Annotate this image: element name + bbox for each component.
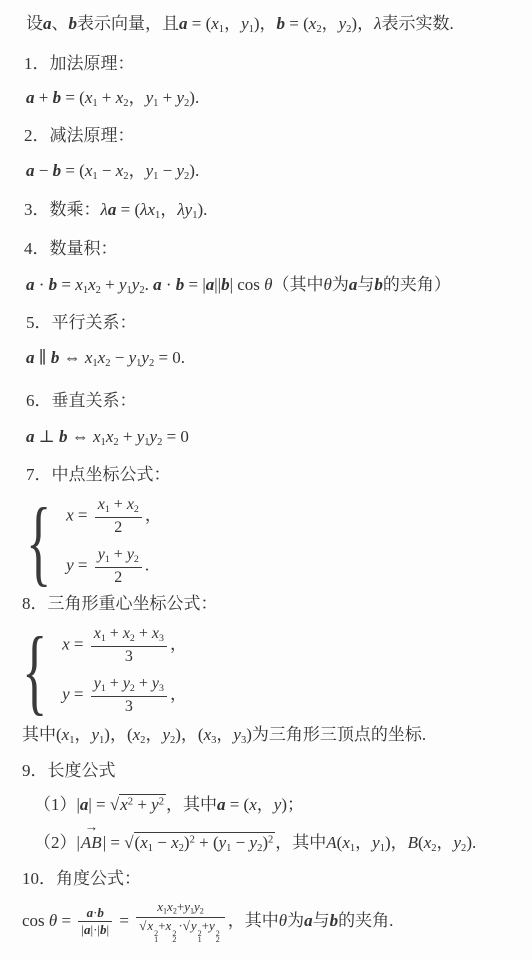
section-10-formula: cos θ = a·b|a|·|b| = x1x2+y1y2√x21+x22·√…	[22, 900, 393, 944]
section-6-title: 6．垂直关系：	[26, 390, 137, 411]
section-4-formula: a · b = x1x2 + y1y2. a · b = |a||b| cos …	[26, 274, 451, 297]
section-7-system: { x = x1 + x22， y = y1 + y22.	[26, 496, 162, 587]
section-9-item-1: （1）|a| = √x2 + y2，其中a = (x，y)；	[34, 794, 304, 815]
section-8-title: 8．三角形重心坐标公式：	[22, 593, 218, 614]
system-brace: {	[26, 501, 51, 583]
section-1-formula: a + b = (x1 + x2，y1 + y2).	[26, 87, 199, 110]
section-9-title: 9．长度公式	[22, 760, 116, 781]
section-1-title: 1．加法原理：	[24, 53, 135, 74]
system-brace: {	[22, 630, 47, 712]
system-equation-y: y = y1 + y22.	[66, 546, 162, 587]
section-5-formula: a ∥ b ⇔ x1x2 − y1y2 = 0.	[26, 347, 185, 370]
section-6-formula: a ⊥ b ⇔ x1x2 + y1y2 = 0	[26, 426, 189, 449]
section-2-formula: a − b = (x1 − x2，y1 − y2).	[26, 160, 199, 183]
intro-line: 设a、b表示向量，且a = (x1，y1)，b = (x2，y2)，λ表示实数.	[26, 13, 454, 36]
page: { "page": { "background": "#fdfdfd", "te…	[0, 0, 532, 960]
system-equation-x: x = x1 + x2 + x33，	[62, 625, 187, 666]
section-8-note: 其中(x1，y1)，(x2，y2)，(x3，y3)为三角形三顶点的坐标.	[22, 724, 426, 747]
section-5-title: 5．平行关系：	[26, 312, 137, 333]
section-4-title: 4．数量积：	[24, 238, 118, 259]
section-8-system: { x = x1 + x2 + x33， y = y1 + y2 + y33，	[22, 625, 187, 716]
section-2-title: 2．减法原理：	[24, 125, 135, 146]
section-9-item-2: （2）|→AB| = √(x1 − x2)2 + (y1 − y2)2，其中A(…	[34, 830, 476, 855]
section-7-title: 7．中点坐标公式：	[26, 464, 171, 485]
system-equation-y: y = y1 + y2 + y33，	[62, 675, 187, 716]
system-equation-x: x = x1 + x22，	[66, 496, 162, 537]
section-10-title: 10．角度公式：	[22, 868, 141, 889]
section-3-line: 3．数乘：λa = (λx1，λy1).	[24, 199, 207, 222]
math-notes-document: 设a、b表示向量，且a = (x1，y1)，b = (x2，y2)，λ表示实数.…	[0, 0, 532, 960]
